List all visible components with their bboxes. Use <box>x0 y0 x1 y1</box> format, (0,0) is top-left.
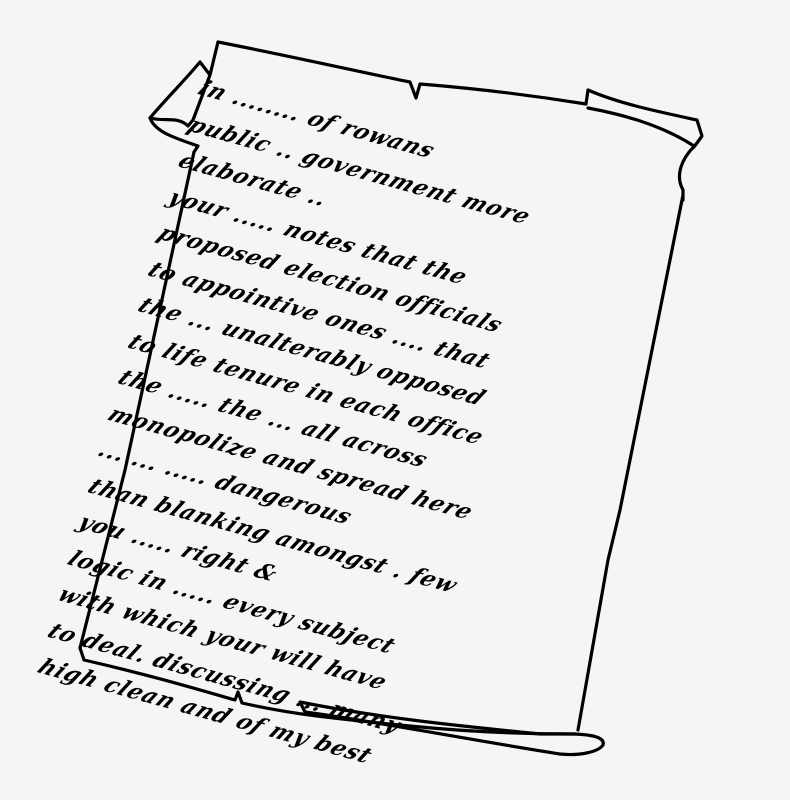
letter-illustration: in ........ of rowans public .. governme… <box>0 0 790 800</box>
